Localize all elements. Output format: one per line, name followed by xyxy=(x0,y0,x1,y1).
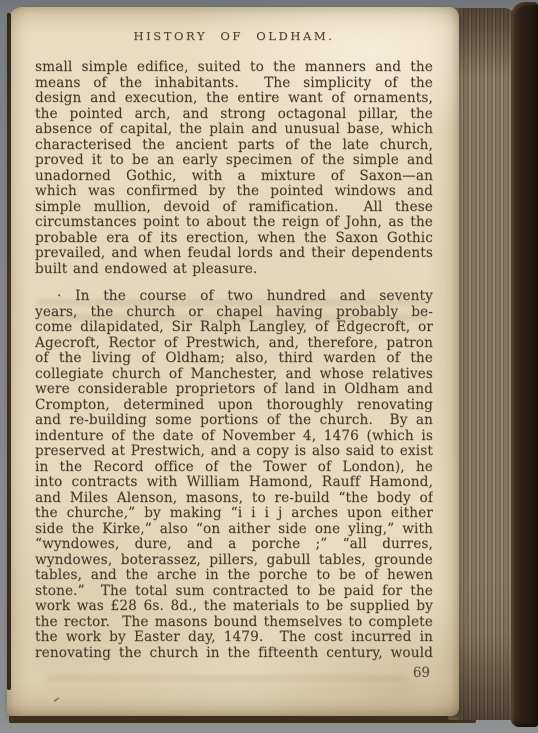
text-line: built and endowed at pleasure. xyxy=(35,262,433,278)
book-cover-edge xyxy=(511,2,538,727)
book-page: HISTORY OF OLDHAM. small simple edifice,… xyxy=(7,7,459,716)
text-line: simple mullion, devoid of ramification. … xyxy=(35,200,433,216)
text-line: · In the course of two hundred and seven… xyxy=(35,289,433,305)
text-line: means of the inhabitants. The simplicity… xyxy=(35,76,433,92)
text-line: the churche,” by making “i i i j arches … xyxy=(35,506,433,522)
text-line: stone.” The total sum contracted to be p… xyxy=(35,584,433,600)
text-line: come dilapidated, Sir Ralph Langley, of … xyxy=(35,320,433,336)
text-line: in the Record office of the Tower of Lon… xyxy=(35,460,433,476)
text-line: the rector. The masons bound themselves … xyxy=(35,615,433,631)
text-line: “wyndowes, dure, and a porche ;” “all du… xyxy=(35,537,433,553)
page-number: 69 xyxy=(35,666,433,681)
text-line: the work by Easter day, 1479. The cost i… xyxy=(35,630,433,646)
text-line: years, the church or chapel having proba… xyxy=(35,305,433,321)
text-line: absence of capital, the plain and unusua… xyxy=(35,122,433,138)
text-line: of the living of Oldham; also, third war… xyxy=(35,351,433,367)
text-line: collegiate church of Manchester, and who… xyxy=(35,367,433,383)
text-line: proved it to be an early specimen of the… xyxy=(35,153,433,169)
text-line: renovating the church in the fifteenth c… xyxy=(35,646,433,662)
text-line: wyndowes, boterassez, pillers, gabull ta… xyxy=(35,553,433,569)
text-line: Agecroft, Rector of Prestwich, and, ther… xyxy=(35,336,433,352)
text-line: were considerable proprietors of land in… xyxy=(35,382,433,398)
text-line: and re-building some portions of the chu… xyxy=(35,413,433,429)
text-line: into contracts with William Hamond, Rauf… xyxy=(35,475,433,491)
text-line: Crompton, determined upon thoroughly ren… xyxy=(35,398,433,414)
text-line: work was £28 6s. 8d., the materials to b… xyxy=(35,599,433,615)
scanned-book-photo: HISTORY OF OLDHAM. small simple edifice,… xyxy=(0,0,538,733)
text-line: preserved at Prestwich, and a copy is al… xyxy=(35,444,433,460)
running-header: HISTORY OF OLDHAM. xyxy=(35,30,433,43)
text-line: design and execution, the entire want of… xyxy=(35,91,433,107)
text-line: small simple edifice, suited to the mann… xyxy=(35,60,433,76)
page-blemish xyxy=(53,697,64,705)
text-line: which was confirmed by the pointed windo… xyxy=(35,184,433,200)
text-line: circumstances point to about the reign o… xyxy=(35,215,433,231)
text-line: unadorned Gothic, with a mixture of Saxo… xyxy=(35,169,433,185)
text-line: tables, and the arche in the porche to b… xyxy=(35,568,433,584)
text-line: and Miles Alenson, masons, to re-build “… xyxy=(35,491,433,507)
text-line: the pointed arch, and strong octagonal p… xyxy=(35,107,433,123)
paragraph-2: · In the course of two hundred and seven… xyxy=(35,289,433,661)
text-line: prevailed, and when feudal lords and the… xyxy=(35,246,433,262)
text-line: characterised the ancient parts of the l… xyxy=(35,138,433,154)
text-line: indenture of the date of November 4, 147… xyxy=(35,429,433,445)
text-line: probable era of its erection, when the S… xyxy=(35,231,433,247)
text-line: side the Kirke,” also “on aither side on… xyxy=(35,522,433,538)
gutter-shadow xyxy=(7,13,11,690)
paragraph-1: small simple edifice, suited to the mann… xyxy=(35,60,433,277)
page-text-block: HISTORY OF OLDHAM. small simple edifice,… xyxy=(35,30,433,681)
